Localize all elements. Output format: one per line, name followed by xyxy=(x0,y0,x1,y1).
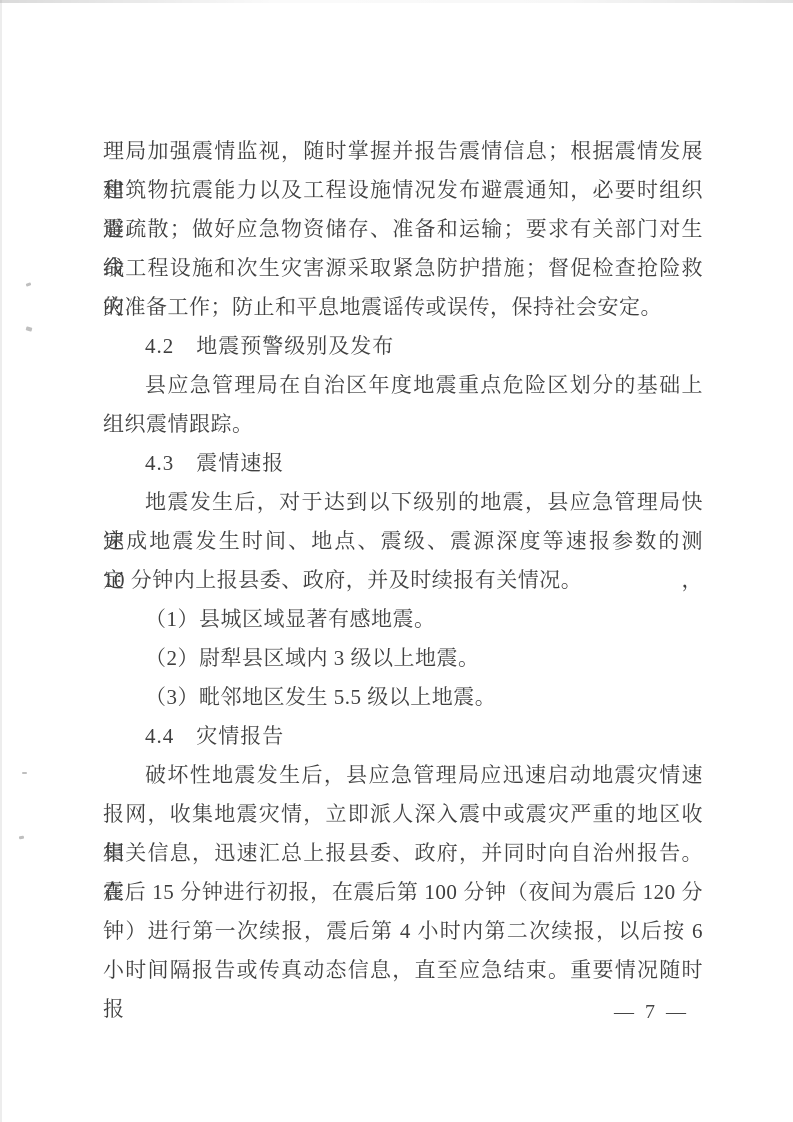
paragraph-line: 理局加强震情监视，随时掌握并报告震情信息；根据震情发展和 xyxy=(103,132,703,171)
scan-speck xyxy=(22,772,27,774)
page-number: — 7 — xyxy=(614,1001,689,1024)
list-item-3: （3）毗邻地区发生 5.5 级以上地震。 xyxy=(103,678,703,717)
scan-edge-left xyxy=(0,0,2,1122)
list-item-2: （2）尉犁县区域内 3 级以上地震。 xyxy=(103,639,703,678)
paragraph-line: 组织震情跟踪。 xyxy=(103,405,703,444)
scanned-document-page: 理局加强震情监视，随时掌握并报告震情信息；根据震情发展和 建筑物抗震能力以及工程… xyxy=(0,0,793,1122)
list-item-1: （1）县城区域显著有感地震。 xyxy=(103,600,703,639)
scan-edge-top xyxy=(0,0,793,3)
paragraph-line: 线工程设施和次生灾害源采取紧急防护措施；督促检查抢险救灾 xyxy=(103,249,703,288)
paragraph-line: 震疏散；做好应急物资储存、准备和运输；要求有关部门对生命 xyxy=(103,210,703,249)
scan-speck xyxy=(26,326,33,331)
section-heading-4-2: 4.2 地震预警级别及发布 xyxy=(103,327,703,366)
paragraph-line: 小时间隔报告或传真动态信息，直至应急结束。重要情况随时报 xyxy=(103,951,703,990)
paragraph-line: 破坏性地震发生后，县应急管理局应迅速启动地震灾情速 xyxy=(103,756,703,795)
scan-speck xyxy=(19,836,24,840)
paragraph-line: 报网，收集地震灾情，立即派人深入震中或震灾严重的地区收集 xyxy=(103,795,703,834)
paragraph-line: 震后 15 分钟进行初报，在震后第 100 分钟（夜间为震后 120 分 xyxy=(103,873,703,912)
paragraph-line: 建筑物抗震能力以及工程设施情况发布避震通知，必要时组织避 xyxy=(103,171,703,210)
paragraph-line: 钟）进行第一次续报，震后第 4 小时内第二次续报，以后按 6 xyxy=(103,912,703,951)
paragraph-line: 相关信息，迅速汇总上报县委、政府，并同时向自治州报告。在 xyxy=(103,834,703,873)
section-heading-4-4: 4.4 灾情报告 xyxy=(103,717,703,756)
paragraph-line: 的准备工作；防止和平息地震谣传或误传，保持社会安定。 xyxy=(103,288,703,327)
paragraph-line: 完成地震发生时间、地点、震级、震源深度等速报参数的测定， xyxy=(103,522,703,561)
paragraph-line: 县应急管理局在自治区年度地震重点危险区划分的基础上 xyxy=(103,366,703,405)
document-body: 理局加强震情监视，随时掌握并报告震情信息；根据震情发展和 建筑物抗震能力以及工程… xyxy=(103,132,703,990)
paragraph-line: 地震发生后，对于达到以下级别的地震，县应急管理局快速 xyxy=(103,483,703,522)
section-heading-4-3: 4.3 震情速报 xyxy=(103,444,703,483)
scan-speck xyxy=(26,282,32,287)
